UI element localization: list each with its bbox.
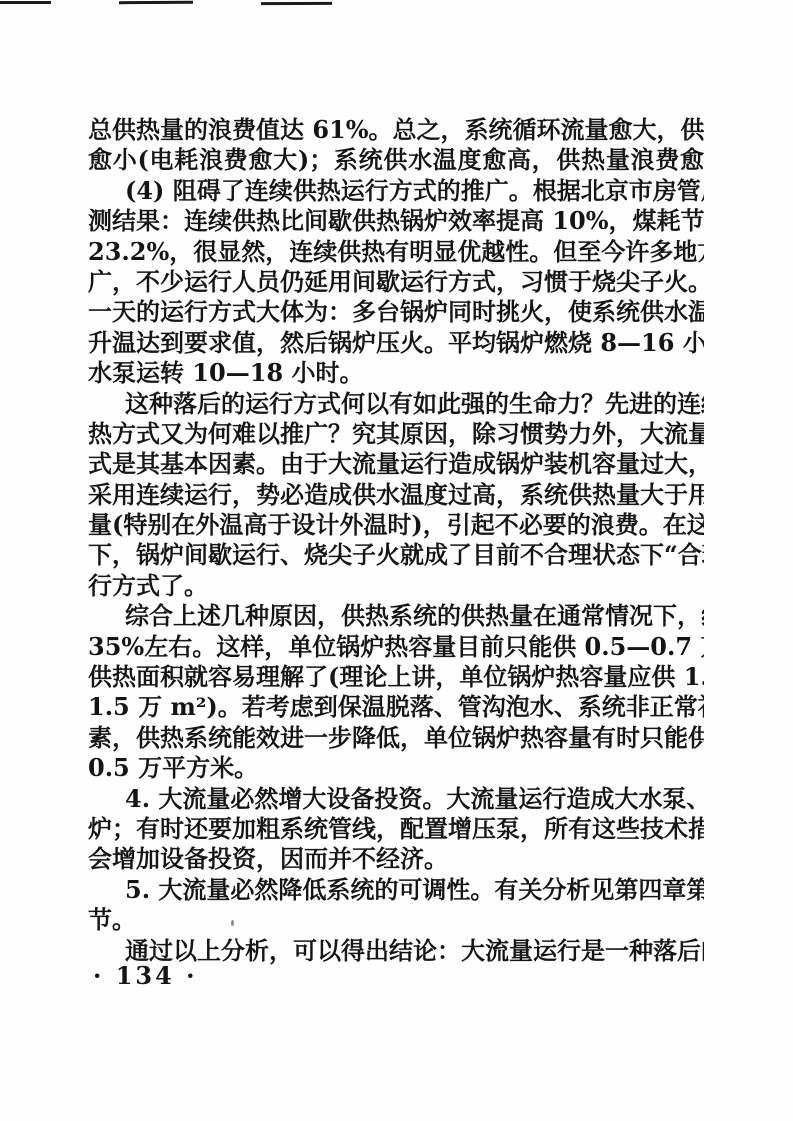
text-line: (4) 阻碍了连续供热运行方式的推广。根据北京市房管局实 (88, 176, 704, 206)
text-line: 节。 (88, 905, 704, 935)
text-line: 1.5 万 m²)。若考虑到保温脱落、管沟泡水、系统非正常补水等因 (88, 692, 704, 722)
scan-artifact-line (261, 2, 332, 5)
text-line: 4. 大流量必然增大设备投资。大流量运行造成大水泵、大锅 (88, 784, 704, 814)
text-block: 总供热量的浪费值达 61%。总之，系统循环流量愈大，供热量浪费 愈小(电耗浪费愈… (88, 115, 704, 966)
text-line: 式是其基本因素。由于大流量运行造成锅炉装机容量过大，此时如 (88, 449, 704, 479)
text-line: 炉；有时还要加粗系统管线，配置增压泵，所有这些技术措施，无疑 (88, 814, 704, 844)
text-line: 0.5 万平方米。 (88, 753, 704, 783)
text-line: 采用连续运行，势必造成供水温度过高，系统供热量大于用户需热 (88, 480, 704, 510)
paragraph-continuation: 总供热量的浪费值达 61%。总之，系统循环流量愈大，供热量浪费 愈小(电耗浪费愈… (88, 115, 704, 176)
text-line: 素，供热系统能效进一步降低，单位锅炉热容量有时只能供 0.3— (88, 723, 704, 753)
page-number: · 134 · (93, 961, 198, 991)
text-line: 这种落后的运行方式何以有如此强的生命力？先进的连续供 (88, 389, 704, 419)
text-line: 热方式又为何难以推广？究其原因，除习惯势力外，大流量运行方 (88, 419, 704, 449)
text-line: 广，不少运行人员仍延用间歇运行方式，习惯于烧尖子火。锅炉房 (88, 267, 704, 297)
text-line: 升温达到要求值，然后锅炉压火。平均锅炉燃烧 8—16 小时，循环 (88, 328, 704, 358)
text-line: 35%左右。这样，单位锅炉热容量目前只能供 0.5—0.7 万平方米 (88, 632, 704, 662)
paragraph-point-5: 5. 大流量必然降低系统的可调性。有关分析见第四章第二 节。 (88, 875, 704, 936)
text-line: 愈小(电耗浪费愈大)；系统供水温度愈高，供热量浪费愈大。 (88, 145, 704, 175)
paragraph-item-4: (4) 阻碍了连续供热运行方式的推广。根据北京市房管局实 测结果：连续供热比间歇… (88, 176, 704, 389)
scan-speck (231, 920, 234, 926)
paragraph-why-backward: 这种落后的运行方式何以有如此强的生命力？先进的连续供 热方式又为何难以推广？究其… (88, 389, 704, 602)
scanned-document-page: 总供热量的浪费值达 61%。总之，系统循环流量愈大，供热量浪费 愈小(电耗浪费愈… (0, 0, 793, 1121)
text-line: 下，锅炉间歇运行、烧尖子火就成了目前不合理状态下“合理”的运 (88, 540, 704, 570)
text-line: 测结果：连续供热比间歇供热锅炉效率提高 10%，煤耗节约 (88, 206, 704, 236)
text-line: 综合上述几种原因，供热系统的供热量在通常情况下，约浪费 (88, 601, 704, 631)
paragraph-summary-waste: 综合上述几种原因，供热系统的供热量在通常情况下，约浪费 35%左右。这样，单位锅… (88, 601, 704, 783)
scan-artifact-line (119, 1, 193, 4)
scan-artifact-line (0, 1, 51, 4)
text-line: 行方式了。 (88, 571, 704, 601)
text-line: 会增加设备投资，因而并不经济。 (88, 844, 704, 874)
text-line: 总供热量的浪费值达 61%。总之，系统循环流量愈大，供热量浪费 (88, 115, 704, 145)
paragraph-point-4: 4. 大流量必然增大设备投资。大流量运行造成大水泵、大锅 炉；有时还要加粗系统管… (88, 784, 704, 875)
text-line: 一天的运行方式大体为：多台锅炉同时挑火，使系统供水温度迅速 (88, 297, 704, 327)
text-line: 供热面积就容易理解了(理论上讲，单位锅炉热容量应供 1.0— (88, 662, 704, 692)
text-line: 量(特别在外温高于设计外温时)，引起不必要的浪费。在这种情况 (88, 510, 704, 540)
text-line: 23.2%，很显然，连续供热有明显优越性。但至今许多地方难以推 (88, 237, 704, 267)
text-line: 水泵运转 10—18 小时。 (88, 358, 704, 388)
text-line: 5. 大流量必然降低系统的可调性。有关分析见第四章第二 (88, 875, 704, 905)
